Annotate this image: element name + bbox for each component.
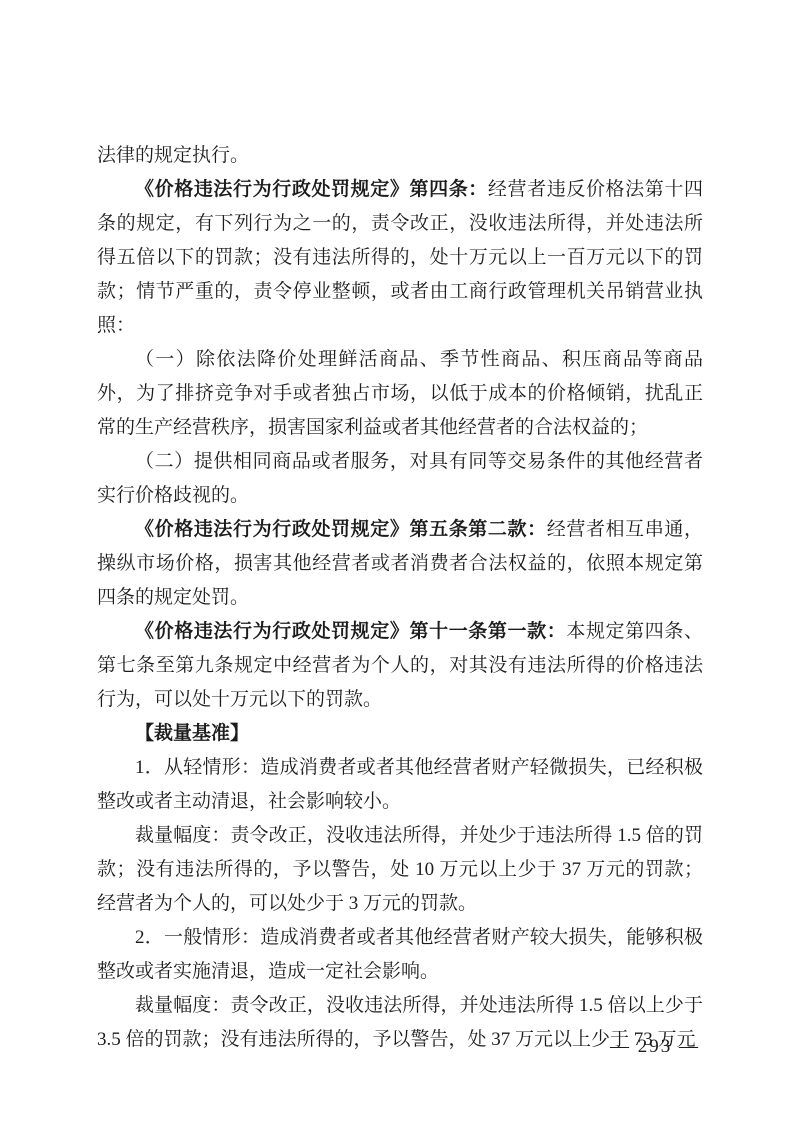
paragraph-statute-article-5: 《价格违法行为行政处罚规定》第五条第二款：经营者相互串通，操纵市场价格，损害其他…	[97, 513, 703, 615]
paragraph-lenient-range: 裁量幅度：责令改正，没收违法所得，并处少于违法所得 1.5 倍的罚款；没有违法所…	[97, 819, 703, 921]
document-page: 法律的规定执行。 《价格违法行为行政处罚规定》第四条：经营者违反价格法第十四条的…	[0, 0, 793, 1122]
paragraph-text: 2．一般情形：造成消费者或者其他经营者财产较大损失，能够积极整改或者实施清退，造…	[97, 927, 703, 982]
paragraph-text: 1．从轻情形：造成消费者或者其他经营者财产轻微损失，已经积极整改或者主动清退，社…	[97, 757, 703, 812]
paragraph-text: 裁量幅度：责令改正，没收违法所得，并处少于违法所得 1.5 倍的罚款；没有违法所…	[97, 825, 703, 914]
statute-heading: 《价格违法行为行政处罚规定》第四条：	[135, 179, 488, 200]
paragraph-text: （二）提供相同商品或者服务，对具有同等交易条件的其他经营者实行价格歧视的。	[97, 451, 703, 506]
paragraph-statute-article-11: 《价格违法行为行政处罚规定》第十一条第一款：本规定第四条、第七条至第九条规定中经…	[97, 615, 703, 717]
section-heading-text: 【裁量基准】	[135, 723, 249, 744]
paragraph-text: 法律的规定执行。	[97, 145, 249, 166]
page-number: — 293 —	[610, 1033, 700, 1061]
section-heading-discretion-benchmark: 【裁量基准】	[97, 717, 703, 751]
statute-heading: 《价格违法行为行政处罚规定》第十一条第一款：	[135, 621, 566, 642]
paragraph-text: 经营者违反价格法第十四条的规定，有下列行为之一的，责令改正，没收违法所得，并处违…	[97, 179, 703, 336]
paragraph-text: （一）除依法降价处理鲜活商品、季节性商品、积压商品等商品外，为了排挤竞争对手或者…	[97, 349, 703, 438]
paragraph-statute-article-4: 《价格违法行为行政处罚规定》第四条：经营者违反价格法第十四条的规定，有下列行为之…	[97, 173, 703, 343]
page-number-text: — 293 —	[610, 1036, 700, 1057]
paragraph-continuation: 法律的规定执行。	[97, 139, 703, 173]
paragraph-general-case: 2．一般情形：造成消费者或者其他经营者财产较大损失，能够积极整改或者实施清退，造…	[97, 921, 703, 989]
document-body: 法律的规定执行。 《价格违法行为行政处罚规定》第四条：经营者违反价格法第十四条的…	[97, 139, 703, 1057]
statute-heading: 《价格违法行为行政处罚规定》第五条第二款：	[135, 519, 547, 540]
paragraph-item-1: （一）除依法降价处理鲜活商品、季节性商品、积压商品等商品外，为了排挤竞争对手或者…	[97, 343, 703, 445]
paragraph-lenient-case: 1．从轻情形：造成消费者或者其他经营者财产轻微损失，已经积极整改或者主动清退，社…	[97, 751, 703, 819]
paragraph-item-2: （二）提供相同商品或者服务，对具有同等交易条件的其他经营者实行价格歧视的。	[97, 445, 703, 513]
